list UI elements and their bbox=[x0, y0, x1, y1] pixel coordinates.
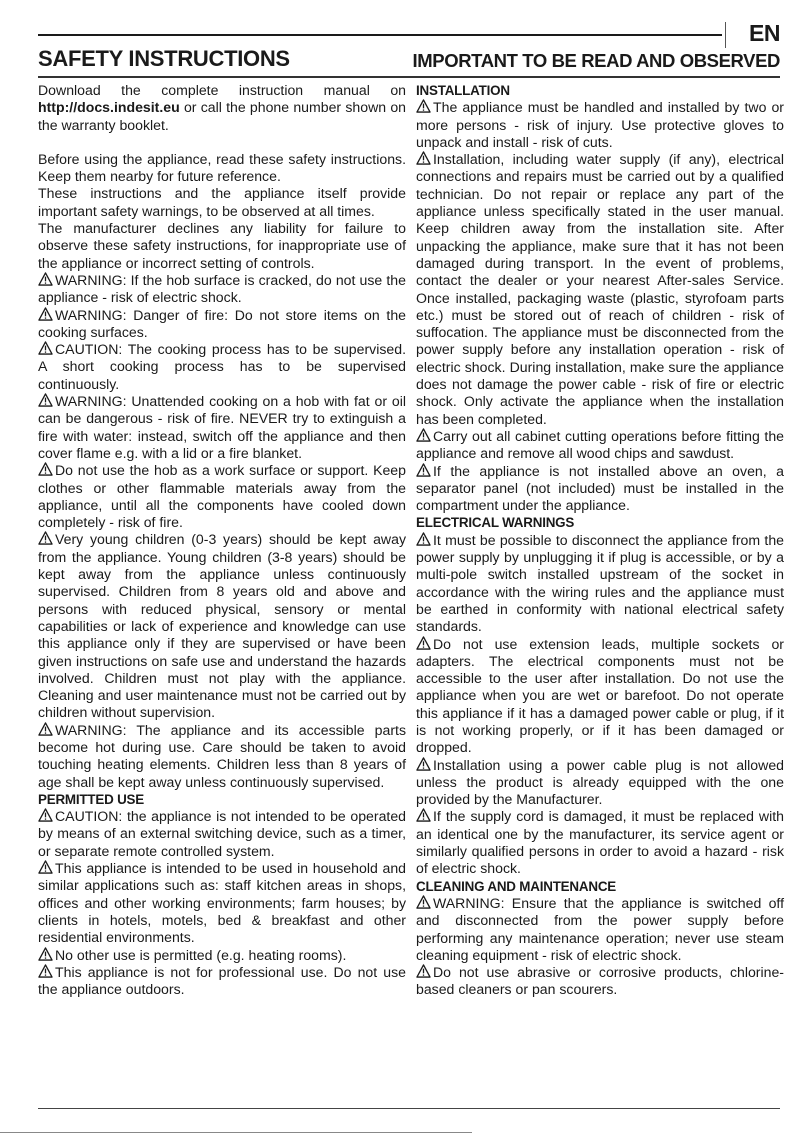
paragraph-before-use: Before using the appliance, read these s… bbox=[38, 151, 406, 186]
warning-item: Do not use extension leads, multiple soc… bbox=[416, 636, 784, 757]
page-subtitle: IMPORTANT TO BE READ AND OBSERVED bbox=[413, 50, 780, 72]
intro-text: Download the complete instruction manual… bbox=[38, 82, 406, 98]
intro-paragraph: Download the complete instruction manual… bbox=[38, 82, 406, 134]
warning-item: Do not use the hob as a work surface or … bbox=[38, 462, 406, 531]
section-heading-permitted-use: PERMITTED USE bbox=[38, 791, 406, 808]
page-title: SAFETY INSTRUCTIONS bbox=[38, 46, 290, 72]
header-rule bbox=[38, 34, 722, 36]
warning-triangle-icon bbox=[416, 99, 431, 113]
warning-triangle-icon bbox=[416, 151, 431, 165]
warning-item: WARNING: Danger of fire: Do not store it… bbox=[38, 307, 406, 342]
title-rule bbox=[38, 76, 780, 78]
warning-item: Do not use abrasive or corrosive product… bbox=[416, 964, 784, 999]
warning-triangle-icon bbox=[38, 531, 53, 545]
warning-triangle-icon bbox=[38, 860, 53, 874]
warning-triangle-icon bbox=[38, 462, 53, 476]
warning-triangle-icon bbox=[416, 463, 431, 477]
warning-item: No other use is permitted (e.g. heating … bbox=[38, 947, 406, 964]
warning-item: This appliance is intended to be used in… bbox=[38, 860, 406, 946]
warning-triangle-icon bbox=[416, 636, 431, 650]
warning-item: CAUTION: The cooking process has to be s… bbox=[38, 341, 406, 393]
warning-item: Installation using a power cable plug is… bbox=[416, 757, 784, 809]
warning-triangle-icon bbox=[38, 964, 53, 978]
warning-item: WARNING: Ensure that the appliance is sw… bbox=[416, 895, 784, 964]
warning-item: CAUTION: the appliance is not intended t… bbox=[38, 808, 406, 860]
warning-triangle-icon bbox=[416, 757, 431, 771]
warning-item: If the supply cord is damaged, it must b… bbox=[416, 808, 784, 877]
left-column: Download the complete instruction manual… bbox=[38, 82, 406, 998]
warning-item: Very young children (0-3 years) should b… bbox=[38, 531, 406, 721]
manual-link[interactable]: http://docs.indesit.eu bbox=[38, 99, 180, 115]
warning-triangle-icon bbox=[416, 808, 431, 822]
right-column: INSTALLATION The appliance must be handl… bbox=[416, 82, 784, 999]
warning-triangle-icon bbox=[38, 947, 53, 961]
section-heading-electrical: ELECTRICAL WARNINGS bbox=[416, 514, 784, 531]
warning-item: WARNING: Unattended cooking on a hob wit… bbox=[38, 393, 406, 462]
warning-item: If the appliance is not installed above … bbox=[416, 463, 784, 515]
warning-item: This appliance is not for professional u… bbox=[38, 964, 406, 999]
footer-rule bbox=[38, 1108, 780, 1109]
paragraph-liability: The manufacturer declines any liability … bbox=[38, 220, 406, 272]
warning-triangle-icon bbox=[38, 272, 53, 286]
warning-triangle-icon bbox=[416, 964, 431, 978]
warning-item: WARNING: The appliance and its accessibl… bbox=[38, 722, 406, 791]
warning-triangle-icon bbox=[38, 808, 53, 822]
warning-triangle-icon bbox=[416, 895, 431, 909]
warning-item: WARNING: If the hob surface is cracked, … bbox=[38, 272, 406, 307]
section-heading-installation: INSTALLATION bbox=[416, 82, 784, 99]
page-edge bbox=[0, 1132, 472, 1133]
warning-item: The appliance must be handled and instal… bbox=[416, 99, 784, 151]
warning-item: It must be possible to disconnect the ap… bbox=[416, 532, 784, 636]
warning-triangle-icon bbox=[416, 428, 431, 442]
warning-triangle-icon bbox=[38, 341, 53, 355]
warning-triangle-icon bbox=[38, 393, 53, 407]
paragraph-warnings: These instructions and the appliance its… bbox=[38, 185, 406, 220]
warning-triangle-icon bbox=[38, 307, 53, 321]
warning-item: Carry out all cabinet cutting operations… bbox=[416, 428, 784, 463]
language-code: EN bbox=[749, 20, 780, 47]
warning-item: Installation, including water supply (if… bbox=[416, 151, 784, 428]
warning-triangle-icon bbox=[38, 722, 53, 736]
warning-triangle-icon bbox=[416, 532, 431, 546]
section-heading-cleaning: CLEANING AND MAINTENANCE bbox=[416, 878, 784, 895]
header-tick bbox=[725, 22, 726, 48]
